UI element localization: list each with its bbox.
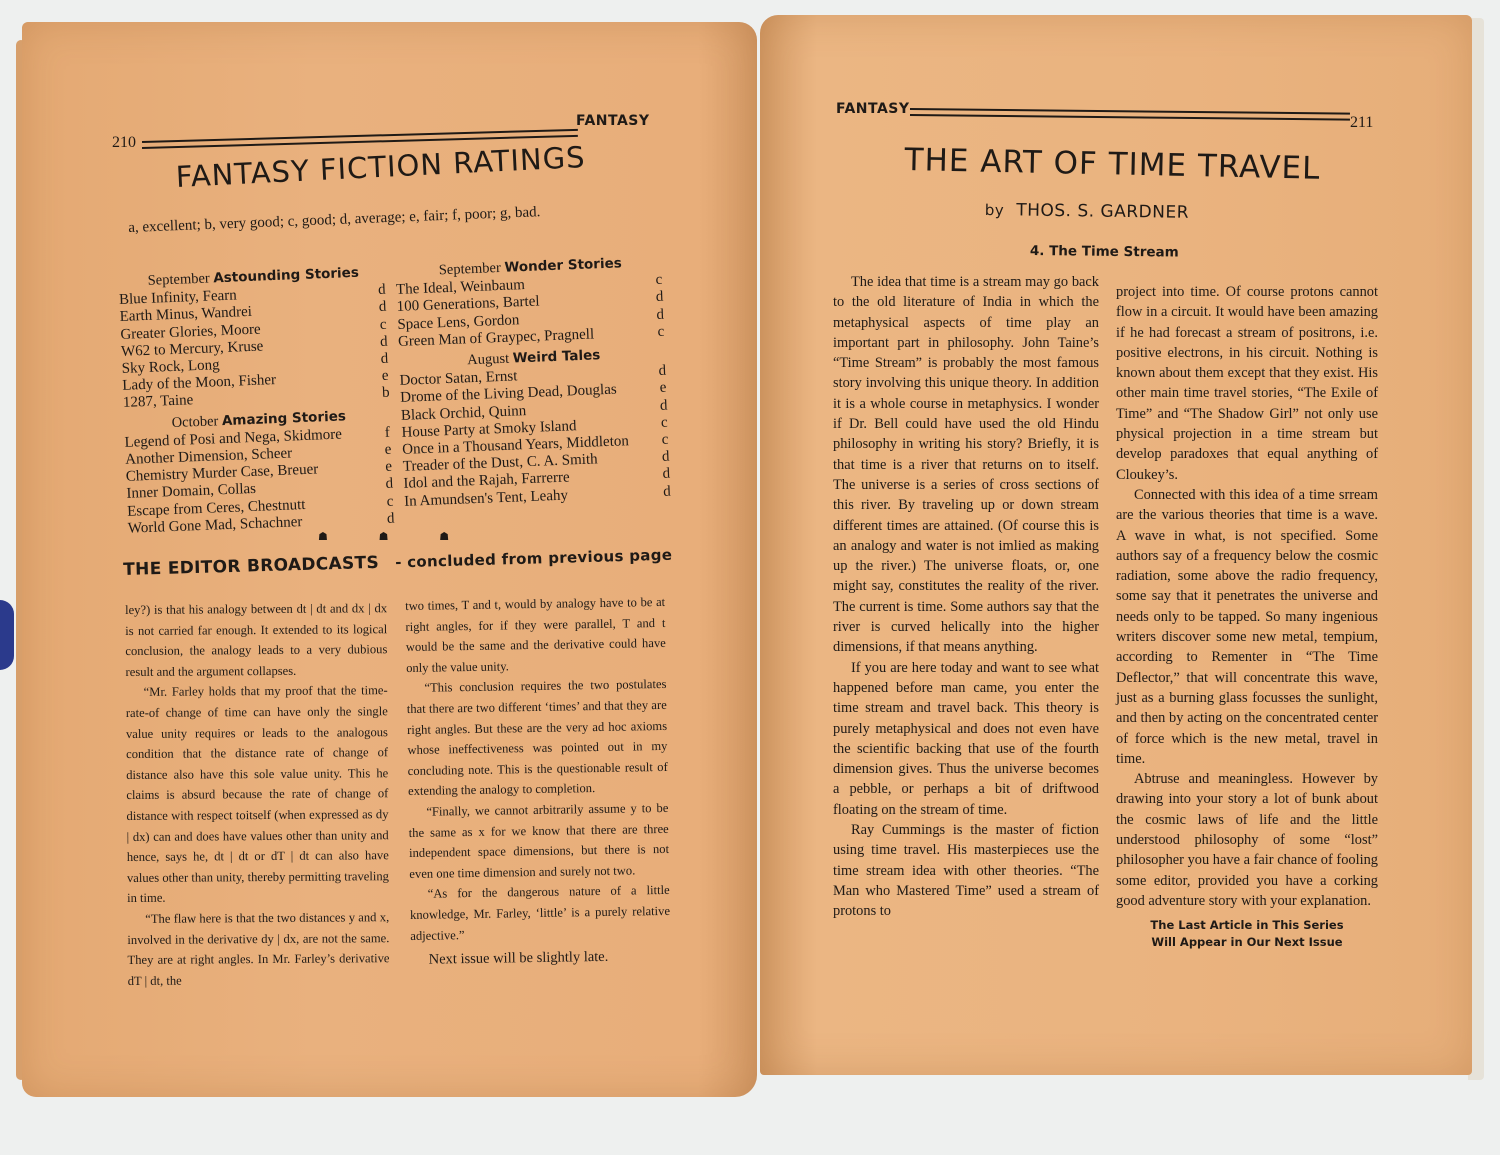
ratings-column-left: September Astounding Stories Blue Infini…: [118, 262, 398, 538]
article-byline: byTHOS. S. GARDNER: [985, 200, 1189, 223]
article-column-2: project into time. Of course protons can…: [1116, 282, 1378, 951]
article-column-1: The idea that time is a stream may go ba…: [833, 272, 1099, 922]
running-title-left: FANTASY: [576, 113, 650, 129]
page-number-right: 211: [1350, 114, 1373, 132]
blue-bookmark-tab: [0, 600, 14, 670]
ratings-column-right: September Wonder Stories The Ideal, Wein…: [395, 252, 674, 511]
ornament-divider: ☗ ☗ ☗: [318, 530, 449, 543]
editor-column-1: ley?) is that his analogy between dt | d…: [125, 598, 390, 991]
series-end-note: The Last Article in This Series Will App…: [1116, 917, 1378, 951]
editor-column-2: two times, T and t, would by analogy hav…: [405, 592, 671, 971]
running-title-right: FANTASY: [836, 101, 910, 117]
section-heading: 4. The Time Stream: [1030, 243, 1179, 261]
page-number-left: 210: [112, 134, 136, 152]
